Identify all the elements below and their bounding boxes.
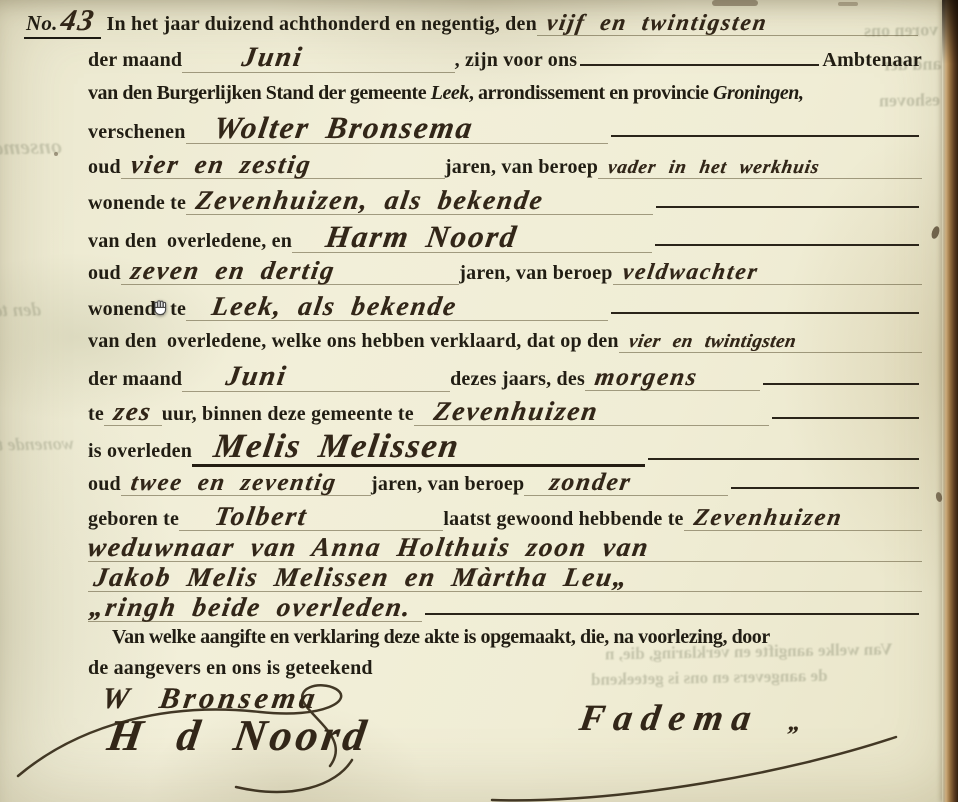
signature-mark: „ bbox=[787, 711, 807, 735]
printed-text: Van welke aangifte en verklaring deze ak… bbox=[112, 626, 770, 649]
printed-text: laatst gewoond hebbende te bbox=[443, 508, 683, 531]
fill-line bbox=[648, 458, 919, 460]
entry-declarant2-age: zeven en dertig bbox=[121, 258, 459, 285]
fill-line bbox=[656, 206, 919, 208]
handwritten-entry: Juni bbox=[240, 44, 305, 72]
signature-text: H d Noord bbox=[105, 714, 373, 758]
fill-line bbox=[611, 312, 919, 314]
bleedthrough-text: onsema bbox=[0, 133, 62, 160]
entry-death-day: vier en twintigsten bbox=[619, 332, 922, 353]
entry-declarant1-name: Wolter Bronsema bbox=[186, 112, 609, 144]
fill-line bbox=[772, 417, 919, 419]
form-line-closing-1: Van welke aangifte en verklaring deze ak… bbox=[112, 626, 922, 649]
signature-text: W Bronsema bbox=[100, 684, 321, 714]
handwritten-entry: veldwachter bbox=[621, 260, 760, 283]
entry-death-hour: zes bbox=[104, 399, 162, 426]
handwritten-entry: Melis Melissen bbox=[211, 430, 462, 464]
printed-text: oud bbox=[88, 262, 121, 285]
printed-text: Ambtenaar bbox=[822, 49, 922, 72]
handwritten-entry: Jakob Melis Melissen en Màrtha Leu„ bbox=[92, 564, 631, 591]
entry-death-place: Zevenhuizen bbox=[414, 398, 770, 426]
signature-official: Fadema „ bbox=[580, 700, 805, 737]
municipality-name: Leek bbox=[431, 82, 469, 105]
handwritten-entry: Zevenhuizen, als bekende bbox=[194, 187, 546, 214]
entry-declarant1-occupation: vader in het werkhuis bbox=[598, 158, 922, 179]
form-line-declarant1-residence: wonende te Zevenhuizen, als bekende bbox=[88, 187, 922, 215]
form-line-declarant2-residence: wonende te Leek, als bekende bbox=[88, 293, 922, 321]
entry-declarant2-name: Harm Noord bbox=[292, 221, 652, 253]
handwritten-entry: twee en zeventig bbox=[129, 471, 339, 495]
entry-family-details: „ringh beide overleden. bbox=[88, 594, 422, 622]
form-line-declarant2-name: van den overledene, en Harm Noord bbox=[88, 221, 922, 253]
entry-declarant2-occupation: veldwachter bbox=[613, 260, 922, 285]
handwritten-entry: zes bbox=[112, 399, 154, 425]
fill-line bbox=[425, 613, 919, 615]
entry-deceased-age: twee en zeventig bbox=[121, 471, 371, 496]
form-line-declarant1-age-occupation: oud vier en zestig jaren, van beroep vad… bbox=[88, 152, 922, 179]
edge-smudge bbox=[838, 2, 858, 6]
entry-deceased-occupation: zonder bbox=[524, 470, 727, 496]
signature-declarant1: W Bronsema bbox=[102, 684, 318, 714]
form-line-deceased-age-occupation: oud twee en zeventig jaren, van beroep z… bbox=[88, 470, 922, 496]
entry-declarant1-age: vier en zestig bbox=[121, 152, 445, 179]
printed-text: van den overledene, welke ons hebben ver… bbox=[88, 330, 619, 353]
printed-text: oud bbox=[88, 156, 121, 179]
bleedthrough-text: wonende te bbox=[0, 433, 74, 455]
fill-line bbox=[580, 64, 819, 66]
printed-text: dezes jaars, des bbox=[450, 368, 585, 391]
province-name: Groningen, bbox=[713, 82, 804, 105]
fill-line bbox=[763, 383, 919, 385]
form-line-death-hour-place: te zes uur, binnen deze gemeente te Zeve… bbox=[88, 398, 922, 426]
handwritten-entry: zeven en dertig bbox=[129, 258, 337, 284]
printed-text: van den Burgerlijken Stand der gemeente bbox=[88, 82, 431, 105]
record-number: No. 43 bbox=[24, 6, 101, 39]
entry-death-reg-day: vijf en twintigsten bbox=[537, 11, 918, 36]
entry-death-month: Juni bbox=[182, 363, 450, 392]
handwritten-entry: Zevenhuizen bbox=[432, 398, 601, 425]
page-binding-edge bbox=[942, 0, 958, 802]
printed-text: de aangevers en ons is geteekend bbox=[88, 657, 373, 680]
entry-death-daypart: morgens bbox=[585, 365, 761, 391]
printed-text: geboren te bbox=[88, 508, 179, 531]
handwritten-entry: weduwnaar van Anna Holthuis zoon van bbox=[86, 534, 652, 561]
handwritten-entry: Juni bbox=[224, 363, 289, 391]
handwritten-entry: Leek, als bekende bbox=[210, 293, 459, 320]
entry-declarant1-residence: Zevenhuizen, als bekende bbox=[186, 187, 653, 215]
handwritten-entry: zonder bbox=[548, 470, 633, 495]
handwritten-entry: vier en zestig bbox=[129, 152, 314, 178]
ink-speck bbox=[930, 225, 941, 240]
bleedthrough-text: den te bbox=[0, 300, 41, 323]
edge-smudge bbox=[712, 0, 758, 6]
form-line-closing-2: de aangevers en ons is geteekend bbox=[88, 657, 922, 680]
entry-family-details: Jakob Melis Melissen en Màrtha Leu„ bbox=[88, 564, 922, 592]
form-line-deceased-family-1: weduwnaar van Anna Holthuis zoon van bbox=[88, 534, 922, 562]
record-number-label: No. bbox=[26, 11, 58, 36]
printed-text: is overleden bbox=[88, 440, 192, 463]
entry-family-details: weduwnaar van Anna Holthuis zoon van bbox=[88, 534, 922, 562]
handwritten-entry: vier en twintigsten bbox=[627, 332, 797, 351]
printed-text: van den overledene, en bbox=[88, 230, 292, 253]
printed-text: , arrondissement en provincie bbox=[469, 82, 713, 105]
form-line-declarant2-age-occupation: oud zeven en dertig jaren, van beroep ve… bbox=[88, 258, 922, 285]
fill-line bbox=[731, 487, 919, 489]
printed-text: verschenen bbox=[88, 121, 186, 144]
form-line-deceased-family-2: Jakob Melis Melissen en Màrtha Leu„ bbox=[88, 564, 922, 592]
handwritten-entry: morgens bbox=[593, 365, 700, 390]
handwritten-entry: Harm Noord bbox=[324, 221, 520, 252]
form-line-year: No. 43 In het jaar duizend achthonderd e… bbox=[24, 6, 918, 39]
form-line-deceased-birthplace: geboren te Tolbert laatst gewoond hebben… bbox=[88, 503, 922, 531]
scanned-death-record: onsema den te wonende te voren ons and d… bbox=[0, 0, 958, 802]
record-number-value: 43 bbox=[58, 6, 97, 36]
signature-text: Fadema bbox=[577, 700, 762, 737]
handwritten-entry: vijf en twintigsten bbox=[545, 11, 769, 34]
handwritten-entry: Tolbert bbox=[213, 503, 310, 530]
entry-declarant2-residence: Leek, als bekende bbox=[186, 293, 608, 321]
ink-speck bbox=[54, 152, 58, 156]
form-line-month-official: der maand Juni , zijn voor ons Ambtenaar bbox=[88, 44, 922, 73]
printed-text: der maand bbox=[88, 368, 182, 391]
entry-deceased-name: Melis Melissen bbox=[192, 430, 645, 467]
form-line-declarant1-name: verschenen Wolter Bronsema bbox=[88, 112, 922, 144]
printed-text: oud bbox=[88, 473, 121, 496]
printed-text: te bbox=[88, 403, 104, 426]
printed-text: jaren, van beroep bbox=[371, 473, 524, 496]
printed-text: In het jaar duizend achthonderd en negen… bbox=[107, 13, 537, 36]
grab-hand-cursor-icon bbox=[148, 294, 175, 321]
handwritten-entry: „ringh beide overleden. bbox=[88, 594, 414, 621]
printed-text: uur, binnen deze gemeente te bbox=[162, 403, 414, 426]
printed-text: , zijn voor ons bbox=[455, 49, 578, 72]
handwritten-entry: Wolter Bronsema bbox=[211, 112, 475, 143]
entry-month: Juni bbox=[182, 44, 454, 73]
form-line-deceased-name: is overleden Melis Melissen bbox=[88, 430, 922, 467]
printed-text: wonende te bbox=[88, 192, 186, 215]
form-line-municipality: van den Burgerlijken Stand der gemeente … bbox=[88, 82, 922, 105]
entry-birthplace: Tolbert bbox=[179, 503, 443, 531]
entry-last-residence: Zevenhuizen bbox=[684, 506, 922, 531]
form-line-declaration-date: van den overledene, welke ons hebben ver… bbox=[88, 330, 922, 353]
fill-line bbox=[655, 244, 919, 246]
handwritten-entry: vader in het werkhuis bbox=[607, 158, 821, 177]
form-line-deceased-family-3: „ringh beide overleden. bbox=[88, 594, 922, 622]
printed-text: der maand bbox=[88, 49, 182, 72]
fill-line bbox=[611, 135, 919, 137]
handwritten-entry: Zevenhuizen bbox=[692, 506, 844, 530]
printed-text: jaren, van beroep bbox=[445, 156, 598, 179]
form-line-death-month-time: der maand Juni dezes jaars, des morgens bbox=[88, 363, 922, 392]
signature-declarant2: H d Noord bbox=[108, 714, 369, 758]
printed-text: jaren, van beroep bbox=[459, 262, 612, 285]
